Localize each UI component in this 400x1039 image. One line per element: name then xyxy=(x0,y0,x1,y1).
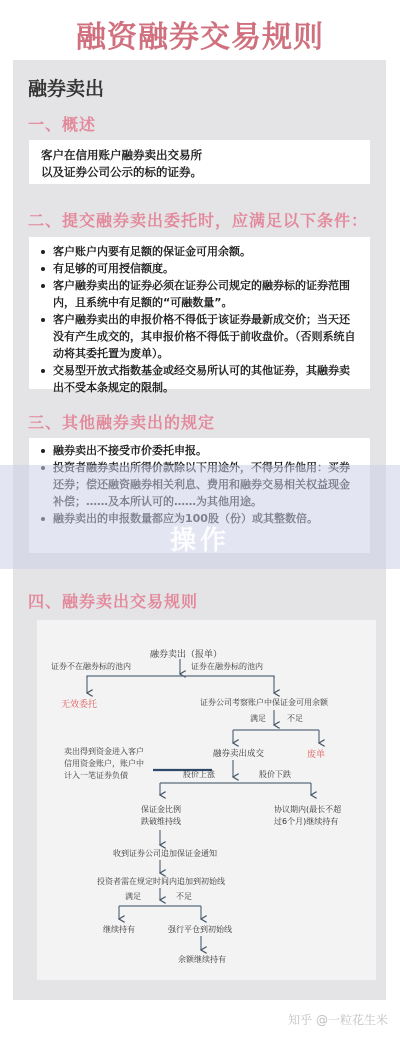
flow-node-void-order: 废单 xyxy=(307,747,325,760)
conditions-list: 客户账户内要有足额的保证金可用余额。 有足够的可用授信额度。 客户融券卖出的证券… xyxy=(39,243,360,396)
list-item: 有足够的可用授信额度。 xyxy=(39,260,360,277)
overlay-watermark-text: 操作 xyxy=(0,520,400,557)
section-heading-trading-rules: 四、融券卖出交易规则 xyxy=(28,589,198,612)
flow-node-force-close: 强行平仓到初始线 xyxy=(168,924,232,935)
section-heading-conditions: 二、提交融券卖出委托时，应满足以下条件： xyxy=(28,208,368,231)
flow-node-margin-breach: 保证金比例跌破维持线 xyxy=(141,804,185,828)
flow-node-check-margin: 证券公司考察账户中保证金可用余额 xyxy=(200,697,328,708)
flow-node-invalid-order: 无效委托 xyxy=(61,697,97,710)
section-heading-other-rules: 三、其他融券卖出的规定 xyxy=(28,410,215,433)
flow-node-top-up: 投资者需在规定时间内追加到初始线 xyxy=(97,876,225,887)
flow-label-satisfied-2: 满足 xyxy=(125,891,141,902)
flow-label-insufficient-2: 不足 xyxy=(176,891,192,902)
flow-label-in-pool: 证券在融券标的池内 xyxy=(191,661,263,672)
flow-label-satisfied: 满足 xyxy=(250,713,266,724)
flowchart: 融券卖出（报单） 证券不在融券标的池内 证券在融券标的池内 无效委托 证券公司考… xyxy=(37,620,376,980)
list-item: 客户融券卖出的证券必须在证券公司规定的融券标的证券范围内，且系统中有足额的“可融… xyxy=(39,277,360,311)
list-item: 融券卖出不接受市价委托申报。 xyxy=(39,442,360,459)
panel-title: 融券卖出 xyxy=(28,74,104,101)
overview-line: 客户在信用账户融券卖出交易所 xyxy=(41,147,358,164)
flow-label-insufficient: 不足 xyxy=(287,713,303,724)
flow-node-start: 融券卖出（报单） xyxy=(150,647,222,660)
section-heading-overview: 一、概述 xyxy=(28,112,96,135)
list-item: 客户账户内要有足额的保证金可用余额。 xyxy=(39,243,360,260)
flow-label-price-up: 股价上涨 xyxy=(183,769,215,780)
overview-line: 以及证券公司公示的标的证券。 xyxy=(41,164,358,181)
page-title: 融资融券交易规则 xyxy=(0,12,400,56)
flow-node-hold-term: 协议期内(最长不超过6个月)继续持有 xyxy=(274,804,346,828)
list-item: 客户融券卖出的申报价格不得低于该证券最新成交价；当天还没有产生成交的，其申报价格… xyxy=(39,311,360,362)
overview-card: 客户在信用账户融券卖出交易所 以及证券公司公示的标的证券。 xyxy=(29,140,370,184)
flow-node-margin-call: 收到证券公司追加保证金通知 xyxy=(113,848,217,859)
flow-node-deal: 融券卖出成交 xyxy=(213,747,264,759)
flow-label-price-down: 股价下跌 xyxy=(259,769,291,780)
source-watermark: 知乎 @一粒花生米 xyxy=(288,1011,388,1028)
flow-node-proceeds: 卖出得到资金进入客户信用资金账户，账户中计入一笔证券负债 xyxy=(64,746,146,782)
list-item: 交易型开放式指数基金或经交易所认可的其他证券，其融券卖出不受本条规定的限制。 xyxy=(39,362,360,396)
flow-label-not-in-pool: 证券不在融券标的池内 xyxy=(51,661,131,672)
flow-node-remaining-hold: 余额继续持有 xyxy=(178,954,226,965)
flow-node-continue-hold: 继续持有 xyxy=(103,924,135,935)
conditions-card: 客户账户内要有足额的保证金可用余额。 有足够的可用授信额度。 客户融券卖出的证券… xyxy=(29,237,370,389)
